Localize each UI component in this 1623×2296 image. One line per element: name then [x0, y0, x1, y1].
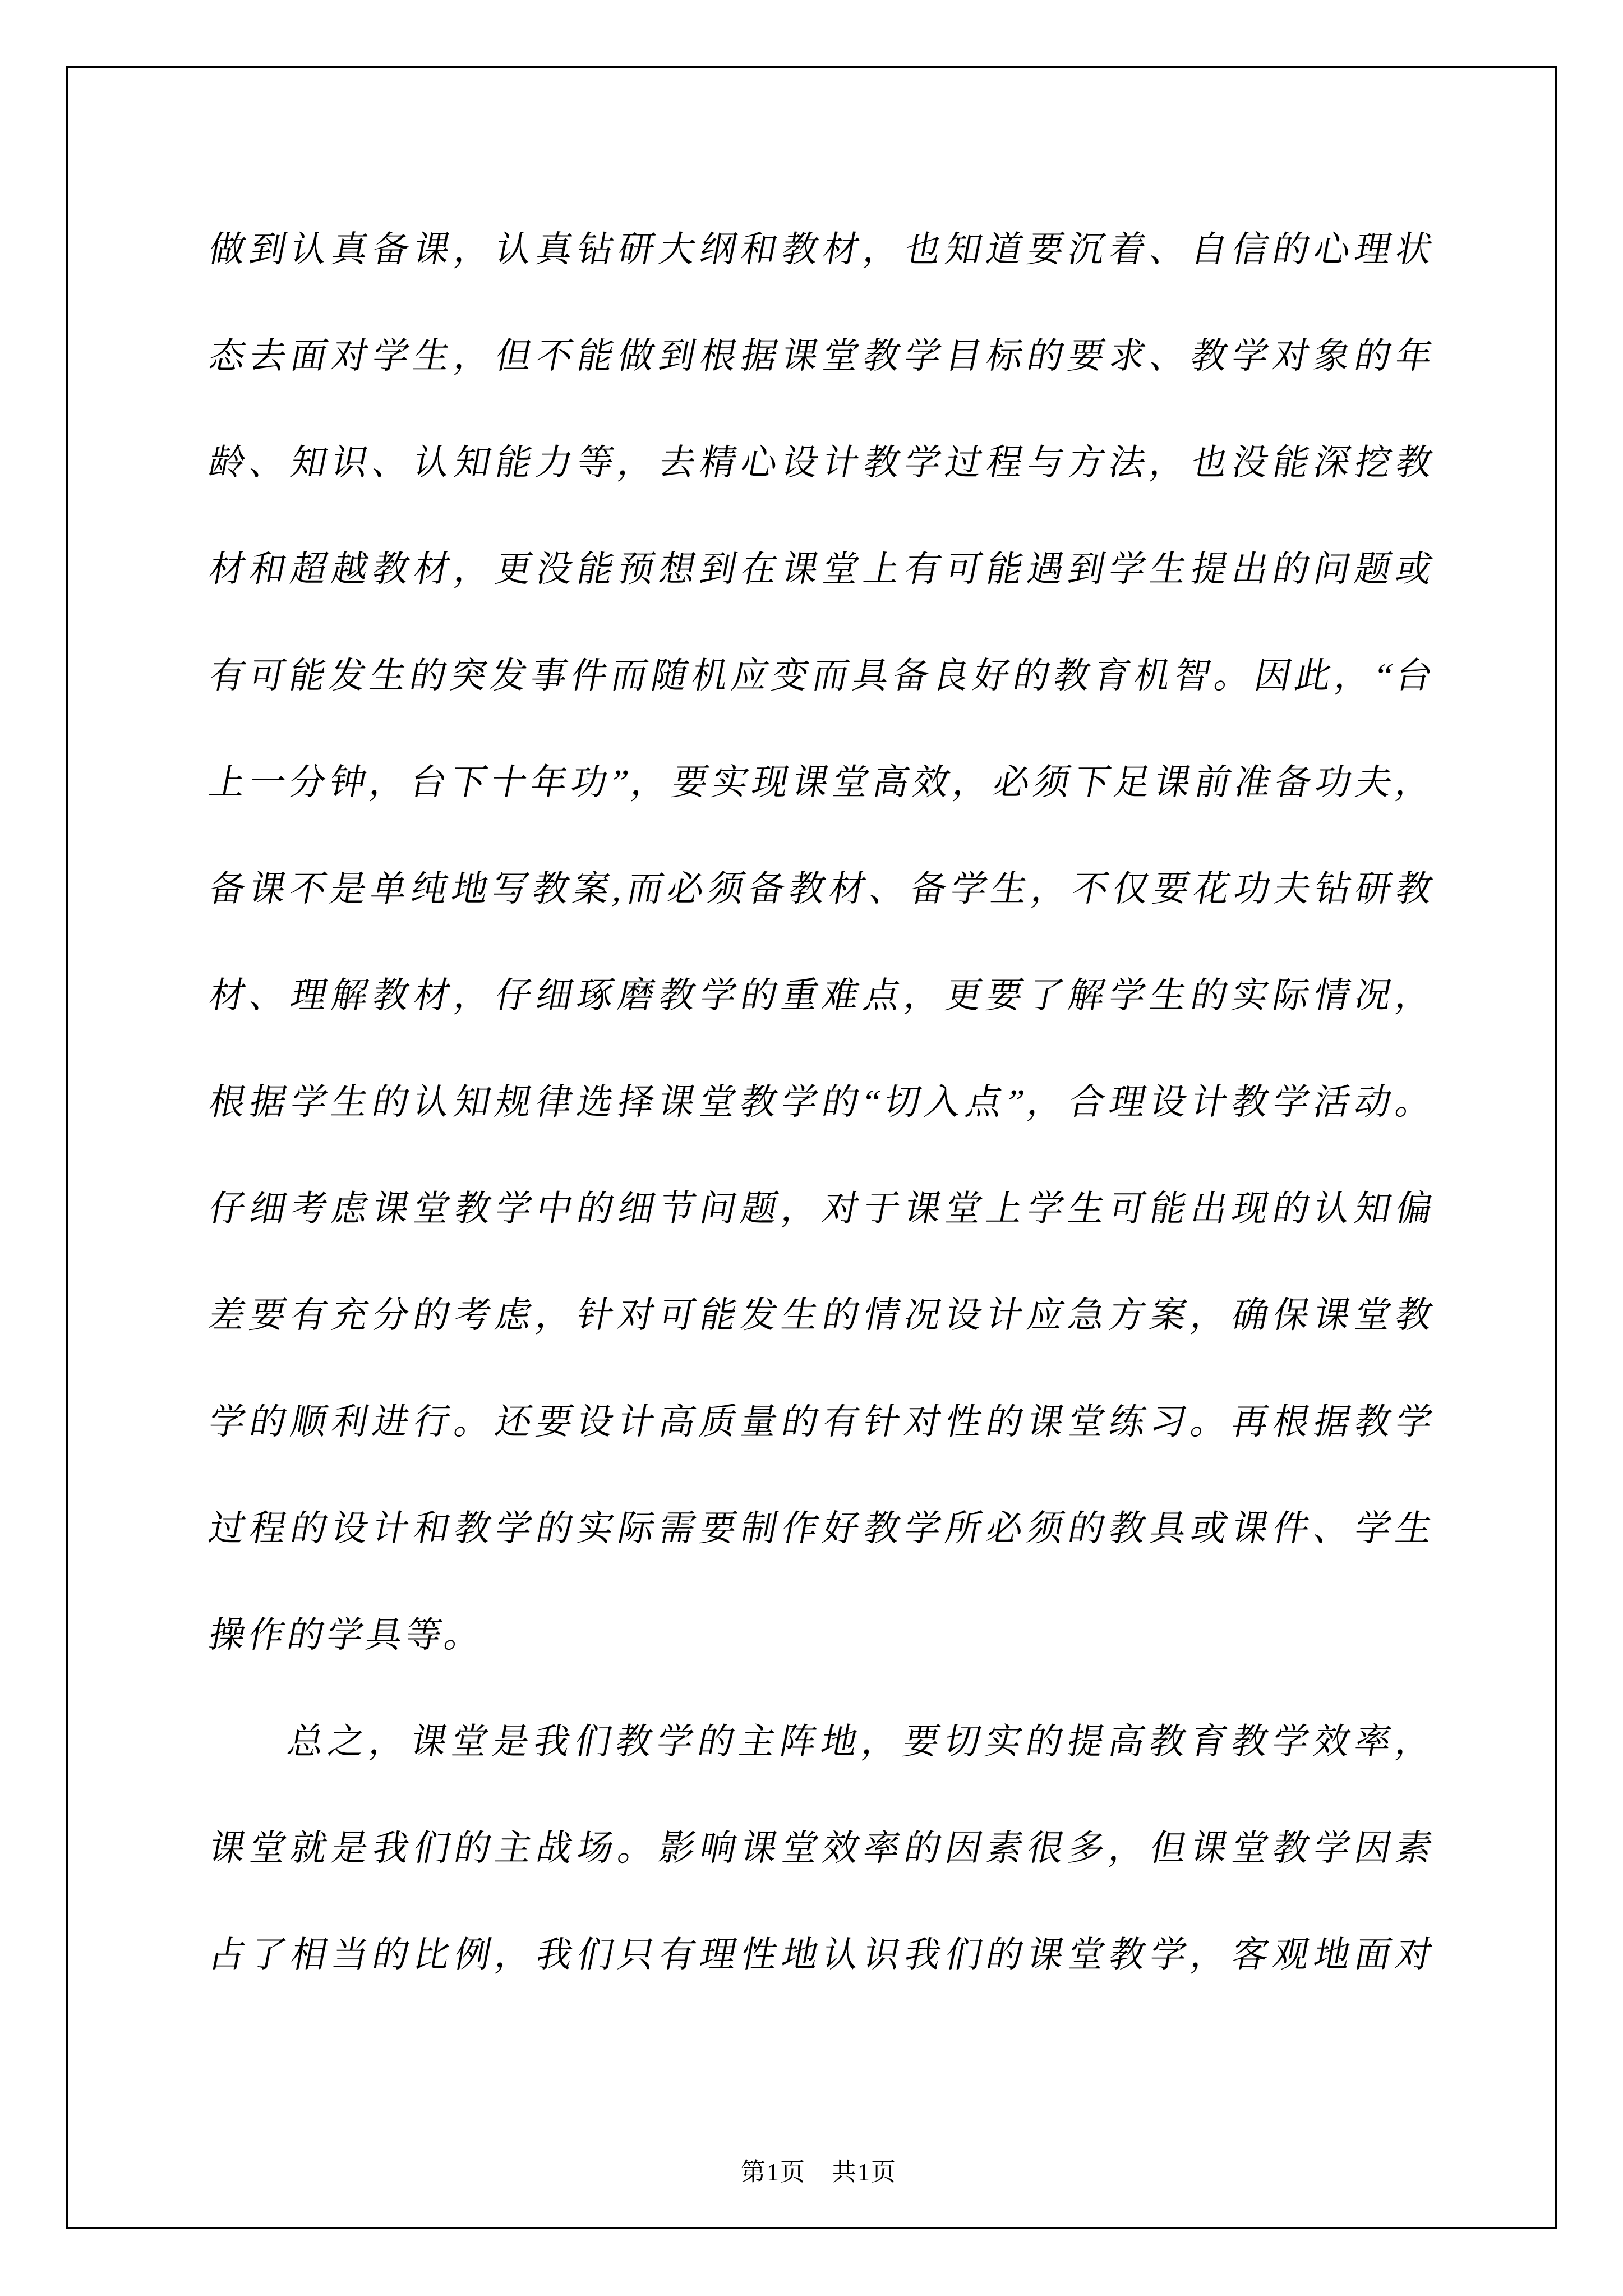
text-line: 学的顺利进行。还要设计高质量的有针对性的课堂练习。再根据教学: [199, 1369, 1446, 1475]
text-line: 有可能发生的突发事件而随机应变而具备良好的教育机智。因此，“台: [199, 623, 1446, 729]
text-line: 过程的设计和教学的实际需要制作好教学所必须的教具或课件、学生: [199, 1475, 1446, 1582]
text-line: 龄、知识、认知能力等，去精心设计教学过程与方法，也没能深挖教: [199, 409, 1446, 516]
text-line: 材、理解教材，仔细琢磨教学的重难点，更要了解学生的实际情况，: [199, 942, 1446, 1049]
text-line: 差要有充分的考虑，针对可能发生的情况设计应急方案，确保课堂教: [199, 1262, 1446, 1369]
text-line: 态去面对学生，但不能做到根据课堂教学目标的要求、教学对象的年: [199, 303, 1446, 409]
text-line: 备课不是单纯地写教案,而必须备教材、备学生，不仅要花功夫钻研教: [199, 836, 1446, 942]
page-footer: 第1页 共1页: [0, 2129, 1623, 2187]
text-line: 材和超越教材，更没能预想到在课堂上有可能遇到学生提出的问题或: [199, 516, 1446, 623]
text-line: 占了相当的比例，我们只有理性地认识我们的课堂教学，客观地面对: [199, 1902, 1446, 2008]
text-line: 根据学生的认知规律选择课堂教学的“切入点”，合理设计教学活动。: [199, 1049, 1446, 1156]
text-line: 课堂就是我们的主战场。影响课堂效率的因素很多，但课堂教学因素: [199, 1795, 1446, 1902]
text-line: 上一分钟，台下十年功”，要实现课堂高效，必须下足课前准备功夫，: [199, 729, 1446, 836]
text-line: 仔细考虑课堂教学中的细节问题，对于课堂上学生可能出现的认知偏: [199, 1156, 1446, 1262]
document-body-text: 做到认真备课，认真钻研大纲和教材，也知道要沉着、自信的心理状态去面对学生，但不能…: [199, 196, 1425, 2008]
text-line: 做到认真备课，认真钻研大纲和教材，也知道要沉着、自信的心理状: [199, 196, 1446, 303]
text-line: 操作的学具等。: [199, 1582, 1446, 1688]
text-line: 总之，课堂是我们教学的主阵地，要切实的提高教育教学效率，: [199, 1688, 1446, 1795]
footer-page-number-label: 第1页 共1页: [741, 2159, 897, 2186]
